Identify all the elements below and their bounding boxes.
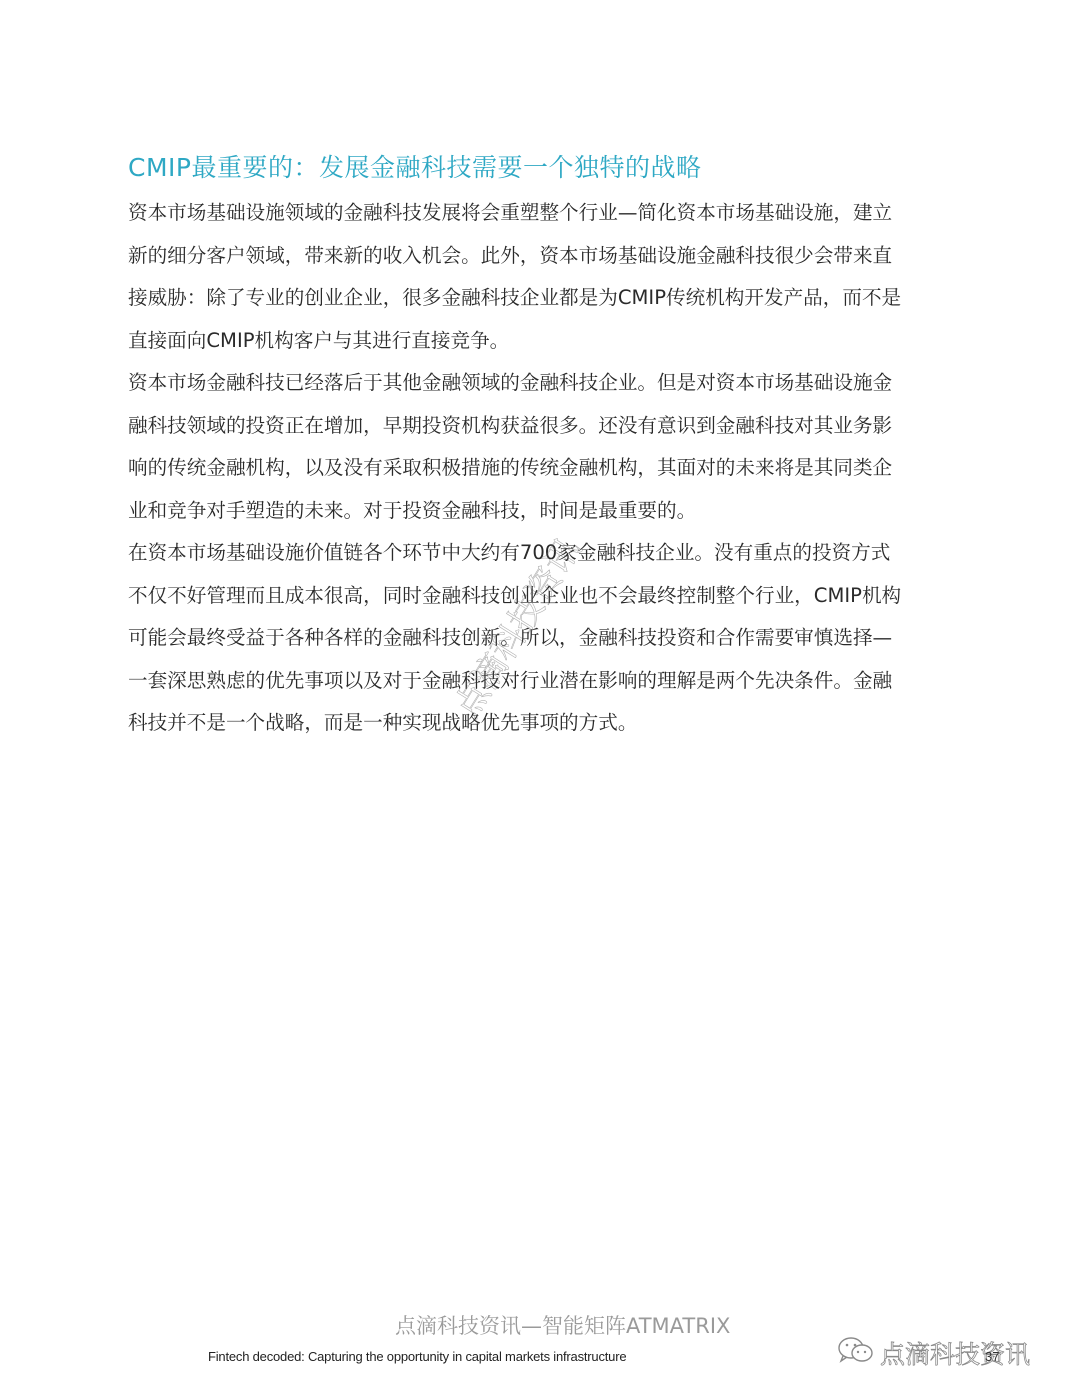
body-text: 资本市场基础设施领域的金融科技发展将会重塑整个行业—简化资本市场基础设施，建立 … <box>128 192 978 745</box>
footer-caption: Fintech decoded: Capturing the opportuni… <box>208 1349 626 1364</box>
text-line: 直接面向CMIP机构客户与其进行直接竞争。 <box>128 320 978 363</box>
text-line: 可能会最终受益于各种各样的金融科技创新。所以，金融科技投资和合作需要审慎选择— <box>128 617 978 660</box>
paragraph-2: 资本市场金融科技已经落后于其他金融领域的金融科技企业。但是对资本市场基础设施金 … <box>128 362 978 532</box>
footer-brand: 点滴科技资讯—智能矩阵ATMATRIX <box>395 1310 730 1340</box>
text-line: 科技并不是一个战略，而是一种实现战略优先事项的方式。 <box>128 702 978 745</box>
text-line: 响的传统金融机构，以及没有采取积极措施的传统金融机构，其面对的未来将是其同类企 <box>128 447 978 490</box>
text-line: 接威胁：除了专业的创业企业，很多金融科技企业都是为CMIP传统机构开发产品，而不… <box>128 277 978 320</box>
text-line: 资本市场金融科技已经落后于其他金融领域的金融科技企业。但是对资本市场基础设施金 <box>128 362 978 405</box>
text-line: 业和竞争对手塑造的未来。对于投资金融科技，时间是最重要的。 <box>128 490 978 533</box>
page-number: 37 <box>985 1349 999 1364</box>
text-line: 融科技领域的投资正在增加，早期投资机构获益很多。还没有意识到金融科技对其业务影 <box>128 405 978 448</box>
paragraph-1: 资本市场基础设施领域的金融科技发展将会重塑整个行业—简化资本市场基础设施，建立 … <box>128 192 978 362</box>
text-line: 新的细分客户领域，带来新的收入机会。此外，资本市场基础设施金融科技很少会带来直 <box>128 235 978 278</box>
text-line: 资本市场基础设施领域的金融科技发展将会重塑整个行业—简化资本市场基础设施，建立 <box>128 192 978 235</box>
text-line: 一套深思熟虑的优先事项以及对于金融科技对行业潜在影响的理解是两个先决条件。金融 <box>128 660 978 703</box>
wechat-account-badge: 点滴科技资讯 <box>836 1335 1030 1371</box>
section-heading: CMIP最重要的：发展金融科技需要一个独特的战略 <box>128 148 701 184</box>
wechat-account-name: 点滴科技资讯 <box>880 1335 1030 1371</box>
wechat-icon <box>836 1335 876 1371</box>
